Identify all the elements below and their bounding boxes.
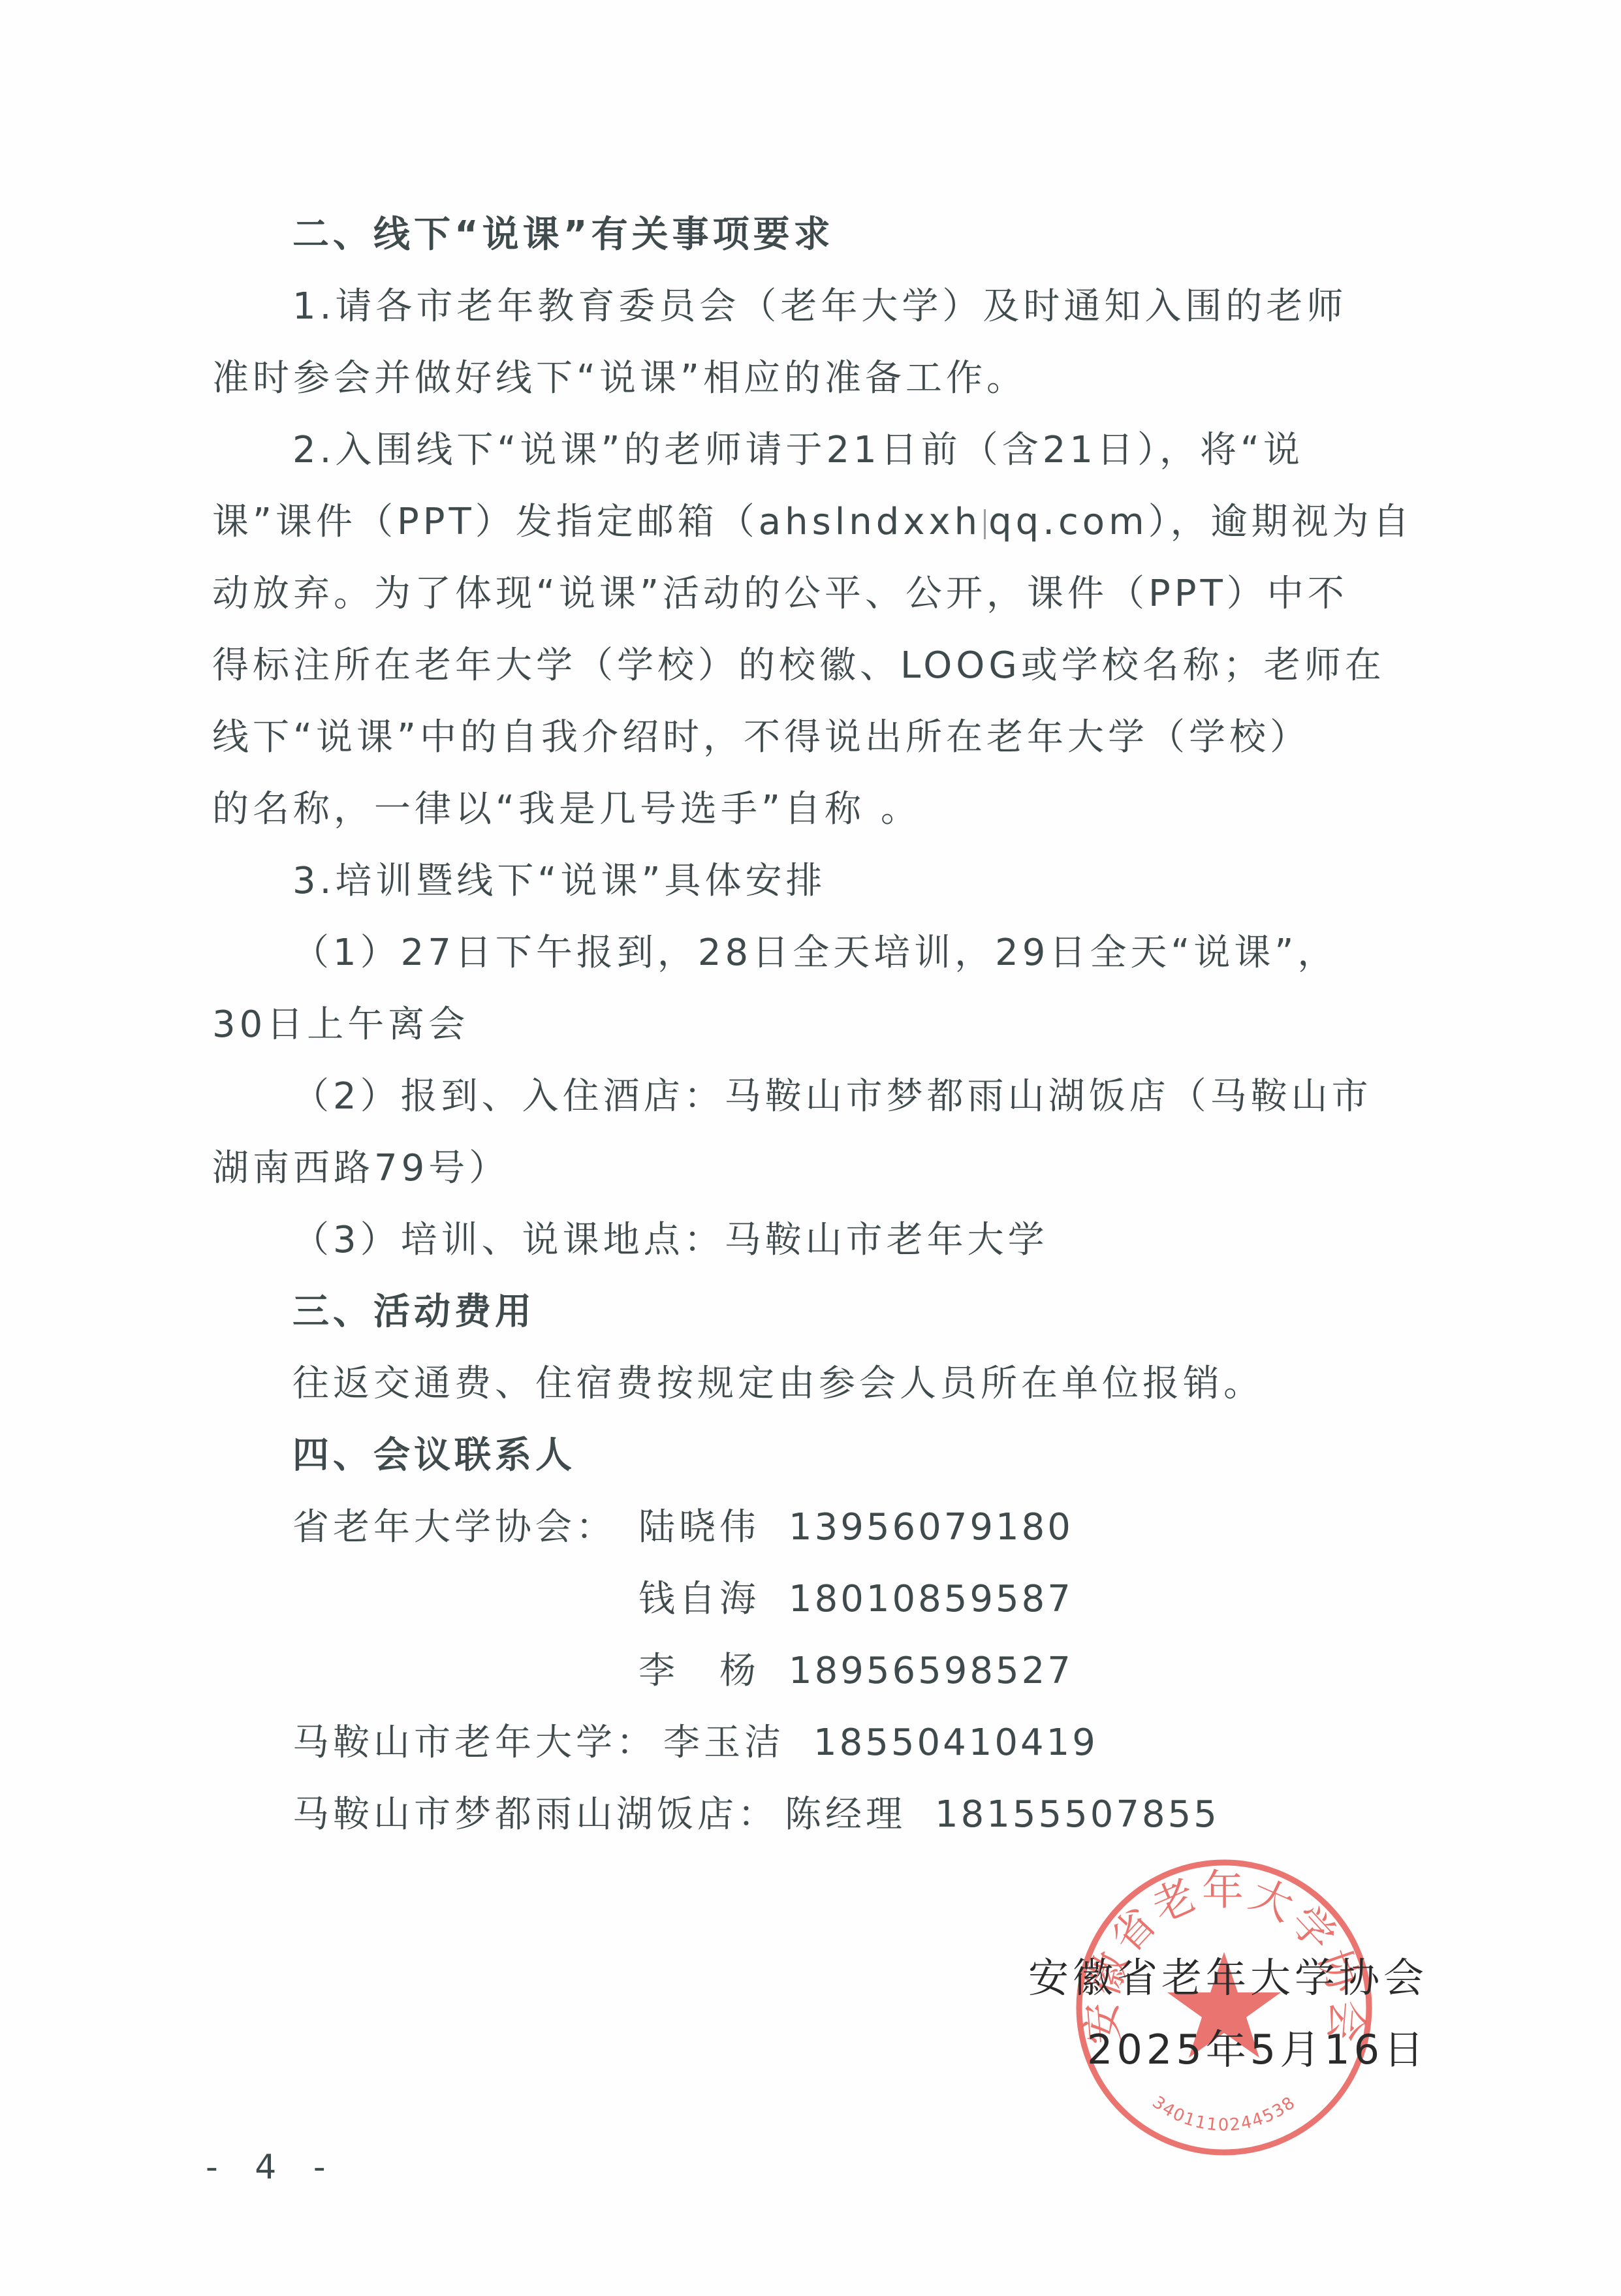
item-3-sub-2-line-2: 湖南西路79号） — [212, 1146, 509, 1191]
section-4-heading: 四、会议联系人 — [292, 1433, 576, 1479]
contact-name: 李 杨 — [638, 1648, 789, 1694]
item-1-line-2: 准时参会并做好线下“说课”相应的准备工作。 — [212, 356, 1027, 401]
svg-text:3401110244538: 3401110244538 — [1148, 2092, 1299, 2135]
page-number: - 4 - — [206, 2148, 339, 2187]
contact-org: 马鞍山市老年大学： — [292, 1720, 657, 1766]
contact-phone: 18956598527 — [789, 1648, 1073, 1694]
document-page: 二、线下“说课”有关事项要求 1.请各市老年教育委员会（老年大学）及时通知入围的… — [0, 0, 1621, 2296]
contact-name: 陈经理 — [785, 1792, 935, 1838]
item-3-sub-1-line-1: （1）27日下午报到，28日全天培训，29日全天“说课”， — [292, 930, 1338, 976]
item-2-line-2-pre: 课”课件（PPT）发指定邮箱（ahslndxxh — [212, 501, 981, 543]
signature-organization: 安徽省老年大学协会 — [1028, 1952, 1428, 2004]
item-2-line-4: 得标注所在老年大学（学校）的校徽、LOOG或学校名称；老师在 — [212, 643, 1385, 689]
contact-row: 省老年大学协会：陆晓伟13956079180 — [292, 1505, 1073, 1550]
item-2-line-5: 线下“说课”中的自我介绍时，不得说出所在老年大学（学校） — [212, 715, 1310, 761]
item-2-line-2: 课”课件（PPT）发指定邮箱（ahslndxxhqq.com），逾期视为自 — [212, 499, 1413, 545]
contact-name: 李玉洁 — [663, 1720, 813, 1766]
contact-row: 李 杨18956598527 — [292, 1648, 1073, 1694]
obscured-char — [984, 509, 986, 539]
contact-row: 马鞍山市梦都雨山湖饭店：陈经理18155507855 — [292, 1792, 1220, 1838]
contact-name: 钱自海 — [638, 1577, 789, 1622]
item-2-line-6: 的名称，一律以“我是几号选手”自称 。 — [212, 787, 921, 832]
contact-org: 马鞍山市梦都雨山湖饭店： — [292, 1792, 778, 1838]
item-3-sub-2-line-1: （2）报到、入住酒店：马鞍山市梦都雨山湖饭店（马鞍山市 — [292, 1074, 1372, 1120]
contact-phone: 18550410419 — [813, 1720, 1098, 1766]
contact-org: 省老年大学协会： — [292, 1505, 638, 1550]
signature-date: 2025年5月16日 — [1087, 2024, 1428, 2076]
section-3-heading: 三、活动费用 — [292, 1289, 535, 1335]
item-3-sub-1-line-2: 30日上午离会 — [212, 1002, 469, 1048]
item-2-line-3: 动放弃。为了体现“说课”活动的公平、公开，课件（PPT）中不 — [212, 571, 1348, 617]
item-2-line-2-post: qq.com），逾期视为自 — [988, 501, 1413, 543]
contact-phone: 13956079180 — [789, 1505, 1073, 1550]
item-3-sub-3: （3）培训、说课地点：马鞍山市老年大学 — [292, 1218, 1048, 1263]
contact-name: 陆晓伟 — [638, 1505, 789, 1550]
official-seal: 安徽省老年大学协会 3401110244538 — [1071, 1854, 1377, 2161]
item-3-title: 3.培训暨线下“说课”具体安排 — [292, 858, 826, 904]
item-2-line-1: 2.入围线下“说课”的老师请于21日前（含21日），将“说 — [292, 428, 1304, 473]
section-3-body: 往返交通费、住宿费按规定由参会人员所在单位报销。 — [292, 1361, 1264, 1407]
item-1-line-1: 1.请各市老年教育委员会（老年大学）及时通知入围的老师 — [292, 284, 1347, 330]
contact-phone: 18010859587 — [789, 1577, 1073, 1622]
seal-icon: 安徽省老年大学协会 3401110244538 — [1071, 1854, 1377, 2161]
section-2-heading: 二、线下“说课”有关事项要求 — [292, 212, 834, 258]
contact-row: 马鞍山市老年大学：李玉洁18550410419 — [292, 1720, 1098, 1766]
contact-row: 钱自海18010859587 — [292, 1577, 1073, 1622]
contact-phone: 18155507855 — [935, 1792, 1220, 1838]
